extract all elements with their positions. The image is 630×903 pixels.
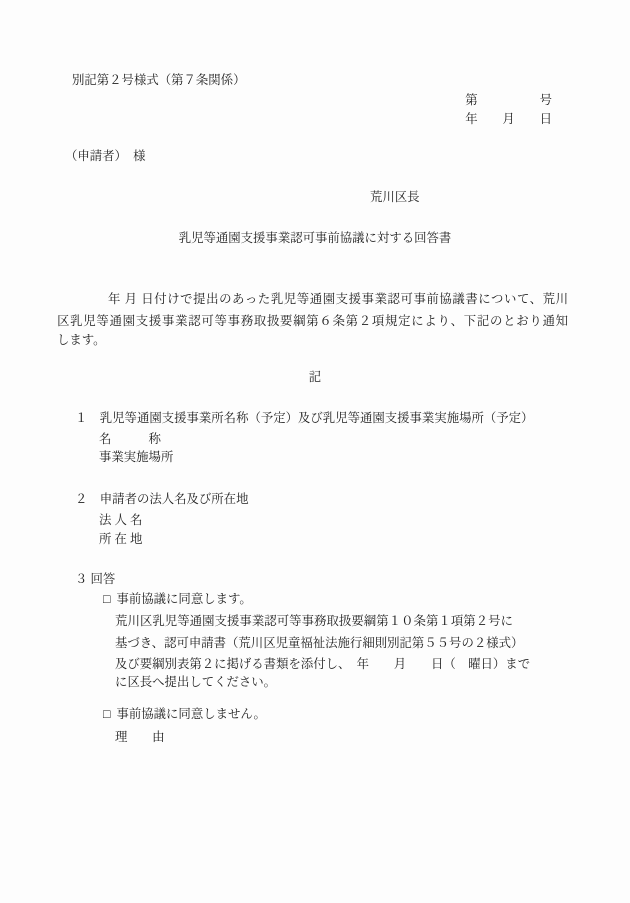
sender: 荒川区長 [370, 187, 420, 209]
date-line: 年 月 日 [465, 109, 552, 131]
item1-heading: １ 乳児等通園支援事業所名称（予定）及び乳児等通園支援事業実施場所（予定） [75, 408, 533, 430]
item1-place-label: 事業実施場所 [99, 447, 173, 469]
ki-marker: 記 [0, 367, 630, 389]
disagree-label: 事前協議に同意しません。 [116, 707, 265, 721]
disagree-option: □事前協議に同意しません。 [103, 704, 266, 726]
body-line-2: 区乳児等通園支援事業認可等事務取扱要綱第６条第２項規定により、下記のとおり通知 [57, 311, 568, 333]
agree-note-2: 基づき、認可申請書（荒川区児童福祉法施行細則別記第５５号の２様式） [115, 633, 523, 655]
agree-option: □事前協議に同意します。 [103, 589, 252, 611]
page-title: 乳児等通園支援事業認可事前協議に対する回答書 [0, 228, 630, 250]
item2-heading: ２ 申請者の法人名及び所在地 [75, 489, 248, 511]
disagree-checkbox-icon: □ [103, 704, 110, 726]
agree-checkbox-icon: □ [103, 589, 110, 611]
body-line-3: します。 [57, 330, 106, 352]
body-line-1: 年 月 日付けで提出のあった乳児等通園支援事業認可事前協議書について、荒川 [57, 289, 568, 311]
agree-note-4: に区長へ提出してください。 [115, 672, 276, 694]
document-page: 別記第２号様式（第７条関係） 第 号 年 月 日 （申請者） 様 荒川区長 乳児… [0, 0, 630, 903]
item2-addr-label: 所 在 地 [99, 529, 142, 551]
reason-label: 理 由 [115, 727, 165, 749]
agree-note-1: 荒川区乳児等通園支援事業認可等事務取扱要綱第１０条第１項第２号に [115, 611, 513, 633]
recipient: （申請者） 様 [65, 146, 146, 168]
agree-label: 事前協議に同意します。 [116, 592, 251, 606]
form-id: 別記第２号様式（第７条関係） [72, 70, 245, 92]
item3-heading: ３ 回答 [75, 569, 115, 591]
